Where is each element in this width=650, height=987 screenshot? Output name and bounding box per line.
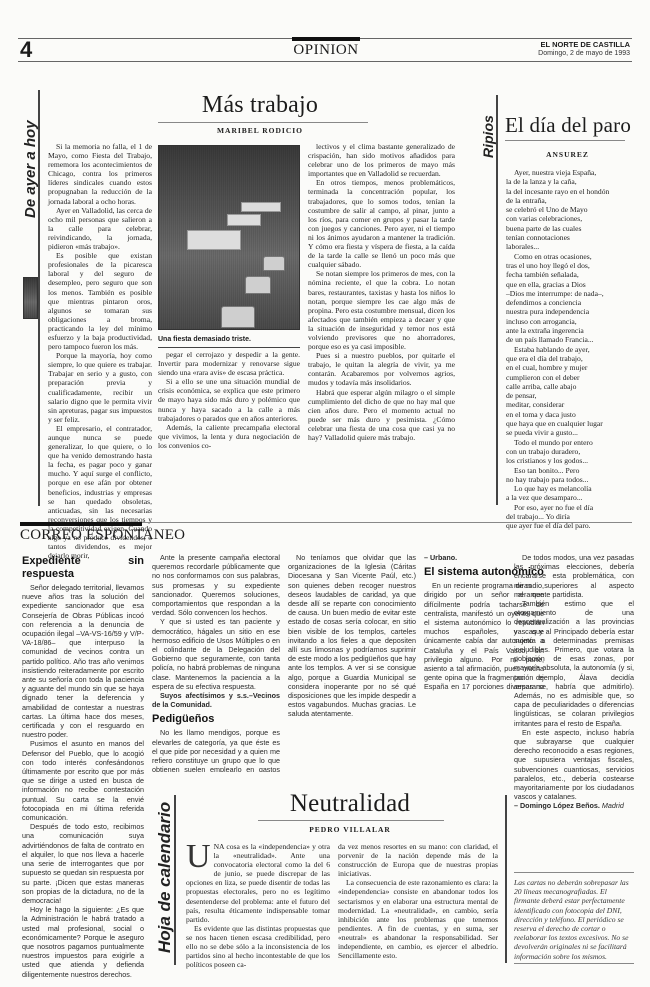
paragraph: Ayer en Valladolid, las cerca de ocho mi…	[48, 206, 152, 251]
byline-pedro-villalar: PEDRO VILLALAR	[250, 825, 450, 834]
paragraph: Se notan siempre los primeros de mes, co…	[308, 269, 455, 351]
poem-line: los cristianos y los godos...	[506, 456, 646, 465]
paragraph: No les llamo mendigos, porque es elevarl…	[152, 728, 280, 772]
poem-el-dia-del-paro: Ayer, nuestra vieja España,la de la lanz…	[506, 168, 646, 531]
title-rule	[158, 122, 368, 123]
title-rule	[258, 820, 444, 821]
mas-trabajo-col-1: Si la memoria no falla, el 1 de Mayo, co…	[48, 142, 152, 560]
paragraph: Es posible que existan profesionales de …	[48, 251, 152, 351]
poem-line: –Dios me interrumpe: de nada–,	[506, 289, 646, 298]
poem-line: tenían connotaciones	[506, 233, 646, 242]
poem-line: meditar, considerar	[506, 400, 646, 409]
paragraph: Pues si a nuestro pueblos, por quitarle …	[308, 351, 455, 387]
poem-line: en el cual, hombre y mujer	[506, 363, 646, 372]
letter-heading: Expediente sin respuesta	[22, 555, 144, 581]
section-bar	[292, 37, 360, 41]
side-rule-bottom	[174, 795, 176, 965]
article-title-el-dia-del-paro: El día del paro	[505, 113, 645, 138]
poem-line: tras el uno hoy llegó el dos,	[506, 261, 646, 270]
poem-line: a la vez que desamparo...	[506, 493, 646, 502]
paragraph: Si la memoria no falla, el 1 de Mayo, co…	[48, 142, 152, 206]
paragraph: Si a ello se une una situación mundial d…	[158, 377, 300, 422]
poem-line: Por eso, ayer no fue el día	[506, 503, 646, 512]
mas-trabajo-col-2: pegar el cerrojazo y despedir a la gente…	[158, 350, 300, 450]
paragraph: lectivos y el clima bastante generalizad…	[308, 142, 455, 178]
correo-bar	[20, 522, 142, 526]
paragraph: pegar el cerrojazo y despedir a la gente…	[158, 350, 300, 377]
poem-line: Eso tan bonito... Pero	[506, 466, 646, 475]
issue-date: Domingo, 2 de mayo de 1993	[538, 50, 630, 57]
small-photo-thumbnail	[23, 277, 38, 319]
notice-bottom-rule	[514, 963, 634, 964]
photo-banner	[227, 214, 261, 226]
poem-line: la del incesante rayo en el hondón	[506, 187, 646, 196]
paragraph: da vez menos resortes en su mano: con cl…	[338, 842, 498, 878]
poem-line: incluso con arrogancia,	[506, 317, 646, 326]
correo-col-5: De todos modos, una vez pasadas las próx…	[514, 553, 634, 811]
side-label-ripios: Ripios	[480, 115, 496, 158]
poem-line: Todo el mundo por entero	[506, 438, 646, 447]
paragraph: En este aspecto, incluso habría que subr…	[514, 728, 634, 802]
poem-line: defendimos a conciencia	[506, 298, 646, 307]
photo-banner	[187, 230, 241, 250]
title-rule	[505, 140, 625, 141]
byline-maribel-rodicio: MARIBEL RODICIO	[160, 126, 360, 135]
poem-line: ante la extraña ingerencia	[506, 326, 646, 335]
photo-car	[263, 256, 285, 271]
paragraph: Es evidente que las distintas propuestas…	[186, 924, 330, 969]
photo-banner	[241, 202, 281, 212]
paragraph: Pusimos el asunto en manos del Defensor …	[22, 739, 144, 822]
side-label-hoja-de-calendario: Hoja de calendario	[155, 802, 175, 953]
poem-line: de un país llamado Francia...	[506, 335, 646, 344]
poem-line: se celebró el Uno de Mayo	[506, 205, 646, 214]
header-rule-bottom	[18, 61, 632, 62]
poem-line: con un trabajo duradero,	[506, 447, 646, 456]
section-title-correo-espontaneo: CORREO ESPONTANEO	[20, 527, 185, 544]
correo-col-2: Ante la presente campaña electoral quere…	[152, 553, 280, 772]
poem-line: Como en otras ocasiones,	[506, 252, 646, 261]
paragraph: En otros tiempos, menos problemáticos, t…	[308, 178, 455, 269]
poem-line: nuestra pura independencia	[506, 307, 646, 316]
poem-line: Estaba hablando de ayer,	[506, 345, 646, 354]
poem-line: la de la lanza y la caña,	[506, 177, 646, 186]
byline-ansurez: ANSUREZ	[505, 150, 630, 159]
poem-line: de pensar,	[506, 391, 646, 400]
page-number: 4	[20, 38, 32, 62]
paragraph: Además, la caliente precampaña electoral…	[158, 423, 300, 450]
paragraph: Después de todo esto, recibimos una comu…	[22, 822, 144, 905]
side-rule-left	[38, 90, 40, 506]
notice-rule	[505, 795, 507, 963]
poem-line: que era el día del trabajo,	[506, 354, 646, 363]
section-name: OPINION	[270, 42, 382, 59]
notice-top-rule	[514, 872, 634, 873]
paragraph: Porque la mayoría, hoy como siempre, lo …	[48, 351, 152, 424]
poem-line: calle arriba, calle abajo	[506, 382, 646, 391]
paragraph: Señor delegado territorial, llevamos nue…	[22, 583, 144, 739]
letter-city: Madrid	[602, 801, 624, 810]
paragraph: De todos modos, una vez pasadas las próx…	[514, 553, 634, 599]
side-rule-right	[496, 95, 498, 505]
paragraph: Ante la presente campaña electoral quere…	[152, 553, 280, 617]
neutralidad-col-1: U NA cosa es la «independencia» y otra l…	[186, 842, 330, 969]
article-title-mas-trabajo: Más trabajo	[160, 92, 360, 119]
article-title-neutralidad: Neutralidad	[250, 790, 450, 818]
mas-trabajo-col-3: lectivos y el clima bastante generalizad…	[308, 142, 455, 442]
photo-demonstration	[158, 145, 300, 330]
neutralidad-col-2: da vez menos resortes en su mano: con cl…	[338, 842, 498, 960]
poem-line: del trabajo... Yo diría	[506, 512, 646, 521]
paragraph: También estimo que el otorgamiento de un…	[514, 599, 634, 728]
photo-car	[245, 276, 271, 294]
poem-line: no hay trabajo para todos...	[506, 475, 646, 484]
correo-col-1: Expediente sin respuesta Señor delegado …	[22, 551, 144, 979]
side-label-de-ayer-a-hoy: De ayer a hoy	[22, 120, 39, 218]
paragraph: Habrá que esperar algún milagro o el sim…	[308, 388, 455, 443]
letter-signature: – Domingo López Beños.	[514, 801, 600, 810]
poem-line: cumplieron con el deber	[506, 373, 646, 382]
paragraph: La consecuencia de este razonamiento es …	[338, 878, 498, 960]
poem-line: de la entraña,	[506, 196, 646, 205]
poem-line: buena parte de las cuales	[506, 224, 646, 233]
paragraph: Y que si usted es tan paciente y democrá…	[152, 617, 280, 691]
photo-caption: Una fiesta demasiado triste.	[158, 336, 300, 343]
poem-line: fecha también señalada,	[506, 270, 646, 279]
correo-col-3: No teníamos que olvidar que las organiza…	[288, 553, 416, 719]
poem-line: que en ella, gracias a Dios	[506, 280, 646, 289]
paragraph: No teníamos que olvidar que las organiza…	[288, 553, 416, 719]
poem-line: laborales...	[506, 242, 646, 251]
photo-car	[221, 306, 255, 328]
poem-line: se pueda vivir a gusto...	[506, 428, 646, 437]
poem-line: en el toma y daca justo	[506, 410, 646, 419]
letter-signature: Suyos afectísimos y s.s.–Vecinos de la C…	[152, 691, 280, 709]
caption-rule	[158, 347, 300, 348]
letters-notice: Las cartas no deberán sobrepasar las 20 …	[514, 878, 634, 961]
newspaper-name: EL NORTE DE CASTILLA	[541, 40, 630, 49]
poem-line: que haya que en cualquier lugar	[506, 419, 646, 428]
paragraph: Hoy le hago la siguiente: ¿Es que la Adm…	[22, 905, 144, 979]
poem-line: Lo que hay es melancolía	[506, 484, 646, 493]
poem-line: con varias celebraciones,	[506, 214, 646, 223]
poem-line: Ayer, nuestra vieja España,	[506, 168, 646, 177]
letter-heading: Pedigüeños	[152, 713, 280, 726]
drop-cap: U	[186, 843, 211, 871]
